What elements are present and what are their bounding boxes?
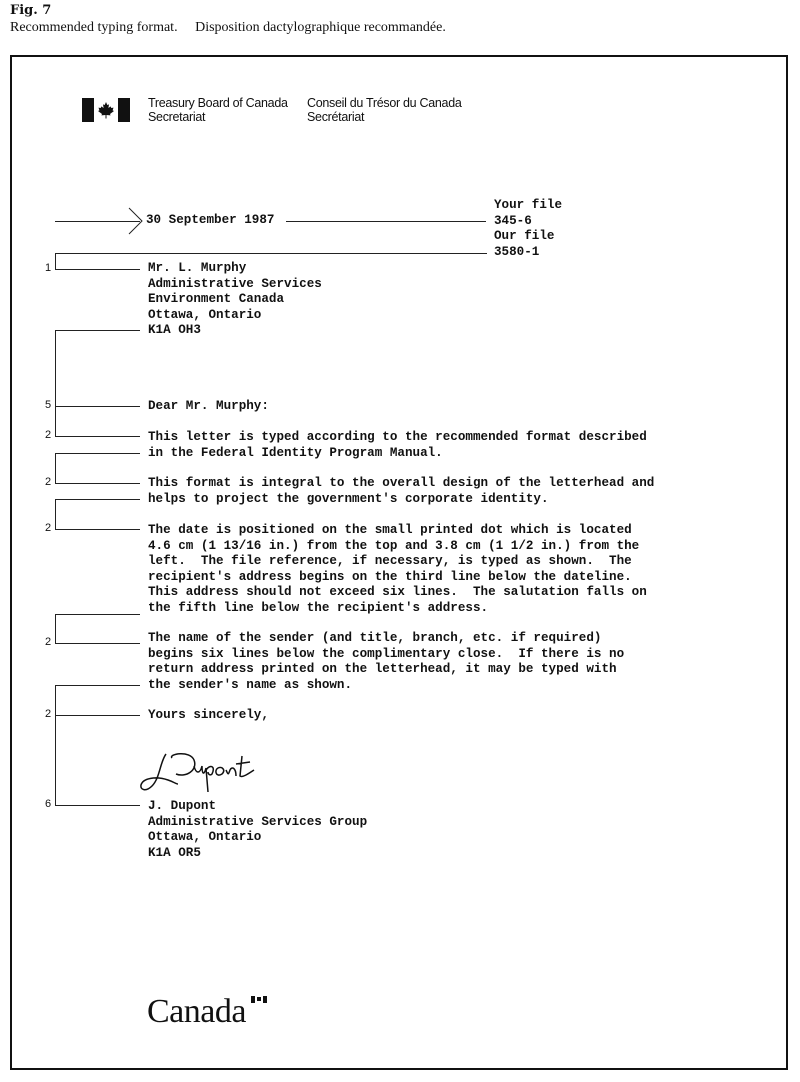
paragraph-line: recipient's address begins on the third … bbox=[148, 570, 647, 586]
arrow-head-icon bbox=[128, 207, 144, 235]
paragraph-3: The date is positioned on the small prin… bbox=[148, 523, 647, 617]
recipient-line: Administrative Services bbox=[148, 277, 322, 293]
sender-block: J. DupontAdministrative Services GroupOt… bbox=[148, 799, 367, 861]
bracket-vertical bbox=[55, 253, 56, 269]
paragraph-line: in the Federal Identity Program Manual. bbox=[148, 446, 647, 462]
spacing-marker: 2 bbox=[45, 522, 51, 534]
paragraph-line: This address should not exceed six lines… bbox=[148, 585, 647, 601]
caption-fr: Disposition dactylographique recommandée… bbox=[195, 20, 446, 35]
dept-en-line1: Treasury Board of Canada bbox=[148, 97, 288, 111]
sender-line: Administrative Services Group bbox=[148, 815, 367, 831]
bracket-bottom bbox=[55, 406, 140, 407]
figure-caption: Recommended typing format. Disposition d… bbox=[10, 20, 460, 36]
paragraph-line: helps to project the government's corpor… bbox=[148, 492, 654, 508]
paragraph-line: left. The file reference, if necessary, … bbox=[148, 554, 647, 570]
recipient-line: Mr. L. Murphy bbox=[148, 261, 322, 277]
bracket-vertical bbox=[55, 330, 56, 436]
paragraph-line: the sender's name as shown. bbox=[148, 678, 624, 694]
file-reference: Your file345-6Our file3580-1 bbox=[494, 198, 562, 260]
salutation: Dear Mr. Murphy: bbox=[148, 399, 269, 415]
spacing-marker: 2 bbox=[45, 708, 51, 720]
paragraph-line: This format is integral to the overall d… bbox=[148, 476, 654, 492]
spacing-marker: 2 bbox=[45, 429, 51, 441]
sender-line: J. Dupont bbox=[148, 799, 367, 815]
signature-icon bbox=[138, 748, 288, 798]
spacing-marker: 5 bbox=[45, 399, 51, 411]
your-file-value: 345-6 bbox=[494, 214, 562, 230]
bracket-bottom bbox=[55, 269, 140, 270]
department-name-en: Treasury Board of Canada Secretariat bbox=[148, 97, 288, 124]
date-file-line bbox=[286, 221, 486, 222]
our-file-value: 3580-1 bbox=[494, 245, 562, 261]
bracket-bottom bbox=[55, 643, 140, 644]
caption-en: Recommended typing format. bbox=[10, 20, 178, 35]
bracket-top bbox=[55, 453, 140, 454]
our-file-label: Our file bbox=[494, 229, 562, 245]
paragraph-line: The name of the sender (and title, branc… bbox=[148, 631, 624, 647]
bracket-vertical bbox=[55, 685, 56, 805]
bracket-bottom bbox=[55, 483, 140, 484]
dept-fr-line1: Conseil du Trésor du Canada bbox=[307, 97, 462, 111]
recipient-line: Environment Canada bbox=[148, 292, 322, 308]
bracket-top bbox=[55, 614, 140, 615]
bracket-bottom bbox=[55, 805, 140, 806]
complimentary-close: Yours sincerely, bbox=[148, 708, 269, 724]
paragraph-line: This letter is typed according to the re… bbox=[148, 430, 647, 446]
sender-line: Ottawa, Ontario bbox=[148, 830, 367, 846]
spacing-marker: 1 bbox=[45, 262, 51, 274]
dept-fr-line2: Secrétariat bbox=[307, 111, 462, 125]
spacing-marker: 2 bbox=[45, 476, 51, 488]
paragraph-line: return address printed on the letterhead… bbox=[148, 662, 624, 678]
bracket-vertical bbox=[55, 614, 56, 643]
spacing-marker: 6 bbox=[45, 798, 51, 810]
recipient-line: K1A OH3 bbox=[148, 323, 322, 339]
bracket-vertical bbox=[55, 453, 56, 483]
paragraph-line: 4.6 cm (1 13/16 in.) from the top and 3.… bbox=[148, 539, 647, 555]
canada-wordmark: Canada bbox=[147, 993, 246, 1031]
bracket-bottom bbox=[55, 529, 140, 530]
bracket-bottom bbox=[55, 436, 140, 437]
paragraph-1: This letter is typed according to the re… bbox=[148, 430, 647, 461]
bracket-top bbox=[55, 499, 140, 500]
recipient-line: Ottawa, Ontario bbox=[148, 308, 322, 324]
bracket-top bbox=[55, 253, 487, 254]
bracket-top bbox=[55, 685, 140, 686]
figure-label: Fig. 7 bbox=[10, 3, 51, 18]
paragraph-2: This format is integral to the overall d… bbox=[148, 476, 654, 507]
bracket-top bbox=[55, 330, 140, 331]
wordmark-flag-icon bbox=[251, 996, 267, 1003]
department-name-fr: Conseil du Trésor du Canada Secrétariat bbox=[307, 97, 462, 124]
bracket-vertical bbox=[55, 499, 56, 529]
paragraph-line: the fifth line below the recipient's add… bbox=[148, 601, 647, 617]
spacing-marker: 2 bbox=[45, 636, 51, 648]
canada-flag-icon bbox=[82, 98, 130, 122]
bracket-mid bbox=[55, 715, 140, 716]
sender-line: K1A OR5 bbox=[148, 846, 367, 862]
paragraph-4: The name of the sender (and title, branc… bbox=[148, 631, 624, 693]
paragraph-line: The date is positioned on the small prin… bbox=[148, 523, 647, 539]
date-line: 30 September 1987 bbox=[146, 213, 274, 229]
dept-en-line2: Secretariat bbox=[148, 111, 288, 125]
recipient-address: Mr. L. MurphyAdministrative ServicesEnvi… bbox=[148, 261, 322, 339]
paragraph-line: begins six lines below the complimentary… bbox=[148, 647, 624, 663]
your-file-label: Your file bbox=[494, 198, 562, 214]
